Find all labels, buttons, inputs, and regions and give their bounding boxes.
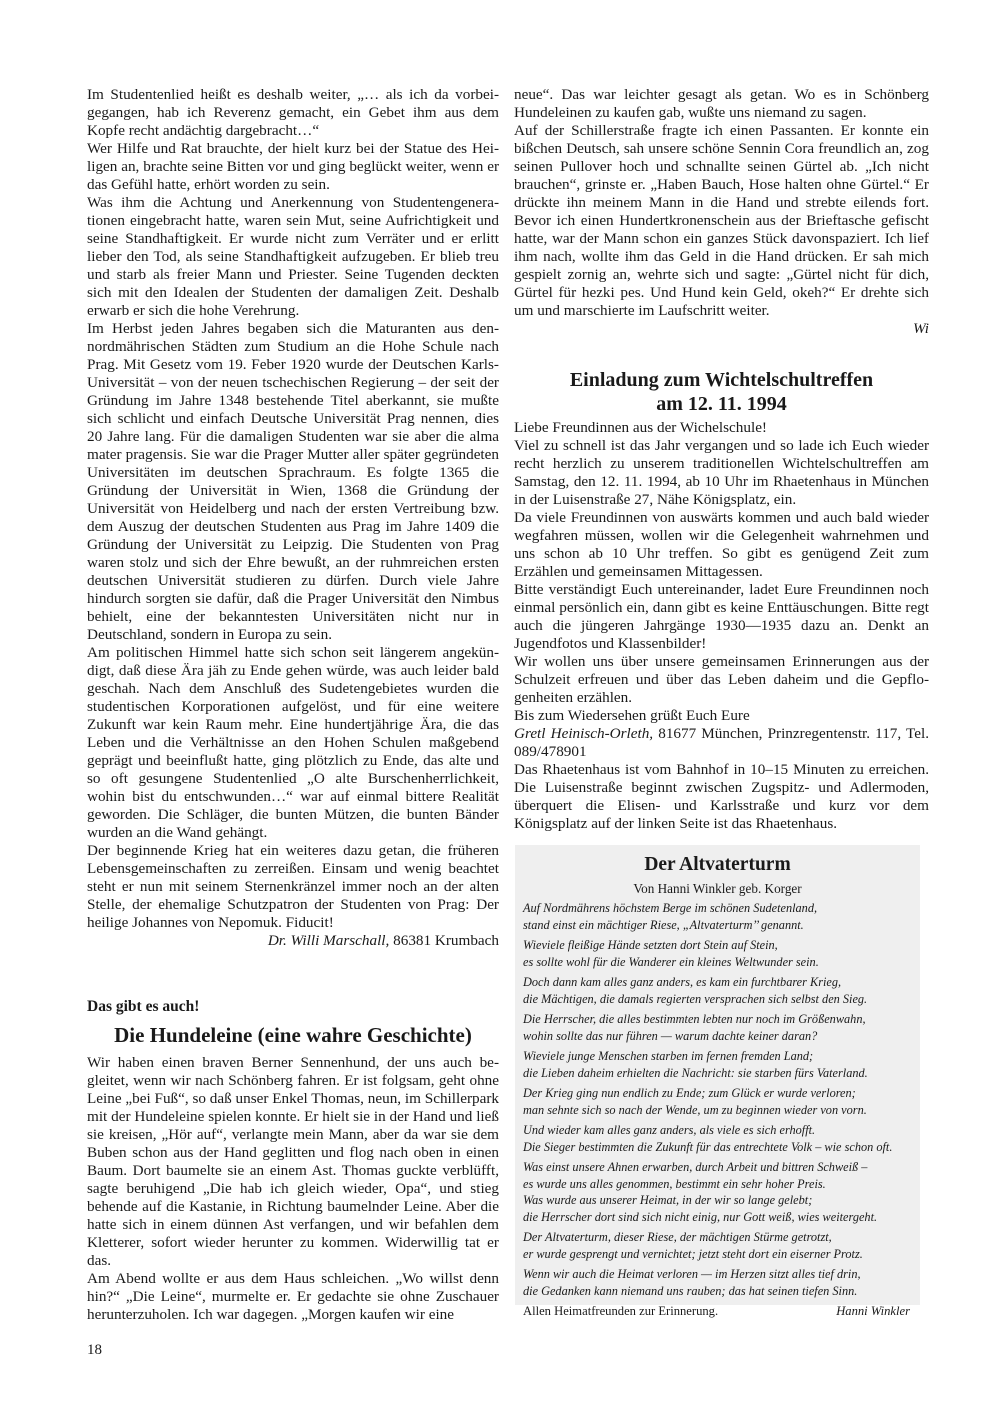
author-place: 86381 Krumbach (389, 932, 499, 949)
poem-line: wohin sollte das nur führen — warum dach… (523, 1028, 920, 1045)
poem-signature: Hanni Winkler (836, 1303, 910, 1320)
poem-line: Die Herrscher, die alles bestimmten lebt… (523, 1011, 920, 1028)
poem-line: die Lieben daheim erhielten die Nachrich… (523, 1065, 920, 1082)
paragraph: Da viele Freundinnen von auswärts kommen… (514, 509, 929, 581)
paragraph: Bitte verständigt Euch untereinander, la… (514, 581, 929, 653)
title-line-1: Einladung zum Wichtelschultreffen (514, 368, 929, 392)
sender: Gretl Heinisch-Orleth, 81677 München, Pr… (514, 725, 929, 761)
article-signature: Wi (514, 320, 929, 338)
poem-line: die Gedanken kann niemand uns rauben; da… (523, 1283, 920, 1300)
directions: Das Rhaetenhaus ist vom Bahnhof in 10–15… (514, 761, 929, 833)
poem-stanza: Der Altvaterturm, dieser Riese, der mäch… (523, 1229, 920, 1262)
poem-line: stand einst ein mächtiger Riese, „Altvat… (523, 917, 920, 934)
poem-line: Doch dann kam alles ganz anders, es kam … (523, 974, 920, 991)
poem-dedication: Allen Heimatfreunden zur Erinnerung. (523, 1303, 718, 1320)
poem-stanza: Und wieder kam alles ganz anders, als vi… (523, 1122, 920, 1155)
paragraph: Am Abend wollte er aus dem Haus schleich… (87, 1270, 499, 1324)
article-nepomuk: Im Studentenlied heißt es deshalb weiter… (87, 86, 499, 950)
poem-stanza: Wieviele fleißige Hände setzten dort Ste… (523, 937, 920, 970)
poem-stanza: Wenn wir auch die Heimat verloren — im H… (523, 1266, 920, 1299)
paragraph: neue“. Das war leichter gesagt als getan… (514, 86, 929, 122)
paragraph: Im Herbst jeden Jahres begaben sich die … (87, 320, 499, 644)
poem-line: Was einst unsere Ahnen erwarben, durch A… (523, 1159, 920, 1176)
paragraph: Auf der Schillerstraße fragte ich einen … (514, 122, 929, 320)
poem-stanza: Wieviele junge Menschen starben im ferne… (523, 1048, 920, 1081)
article-invitation: Einladung zum Wichtelschultreffen am 12.… (514, 368, 929, 833)
poem-line: Wenn wir auch die Heimat verloren — im H… (523, 1266, 920, 1283)
article-hundeleine-continued: neue“. Das war leichter gesagt als getan… (514, 86, 929, 338)
poem-line: Wieviele junge Menschen starben im ferne… (523, 1048, 920, 1065)
poem-line: Was wurde aus unserer Heimat, in der wir… (523, 1192, 920, 1209)
poem-line: es sollte wohl für die Wanderer ein klei… (523, 954, 920, 971)
sender-name: Gretl Heinisch-Orleth, (514, 725, 653, 742)
paragraph: Was ihm die Achtung und Anerkennung von … (87, 194, 499, 320)
paragraph: Wer Hilfe und Rat brauchte, der hielt ku… (87, 140, 499, 194)
poem-stanza: Der Krieg ging nun endlich zu Ende; zum … (523, 1085, 920, 1118)
poem-line: man sehnte sich so nach der Wende, um zu… (523, 1102, 920, 1119)
poem-line: Die Sieger bestimmten die Zukunft für da… (523, 1139, 920, 1156)
poem-line: die Herrscher dort sind sich nicht einig… (523, 1209, 920, 1226)
poem-stanza: Doch dann kam alles ganz anders, es kam … (523, 974, 920, 1007)
poem-line: Wieviele fleißige Hände setzten dort Ste… (523, 937, 920, 954)
poem-line: er wurde gesprengt und vernichtet; jetzt… (523, 1246, 920, 1263)
article-hundeleine: Das gibt es auch! Die Hundeleine (eine w… (87, 997, 499, 1324)
author-name: Dr. Willi Marschall, (268, 932, 390, 949)
poem-stanza: Die Herrscher, die alles bestimmten lebt… (523, 1011, 920, 1044)
page-number: 18 (87, 1342, 102, 1359)
closing: Bis zum Wiedersehen grüßt Euch Eure (514, 707, 929, 725)
poem-stanza: Was einst unsere Ahnen erwarben, durch A… (523, 1159, 920, 1225)
article-title: Die Hundeleine (eine wahre Geschichte) (87, 1022, 499, 1048)
poem-footer: Allen Heimatfreunden zur Erinnerung. Han… (523, 1303, 910, 1320)
poem-stanzas: Auf Nordmährens höchstem Berge im schöne… (515, 900, 920, 1299)
article-signature: Dr. Willi Marschall, 86381 Krumbach (87, 932, 499, 950)
poem-line: es wurde uns alles genommen, bestimmt ei… (523, 1176, 920, 1193)
paragraph: Im Studentenlied heißt es deshalb weiter… (87, 86, 499, 140)
poem-line: die Mächtigen, die damals regierten vers… (523, 991, 920, 1008)
article-kicker: Das gibt es auch! (87, 997, 499, 1017)
poem-stanza: Auf Nordmährens höchstem Berge im schöne… (523, 900, 920, 933)
poem-line: Der Krieg ging nun endlich zu Ende; zum … (523, 1085, 920, 1102)
poem-line: Und wieder kam alles ganz anders, als vi… (523, 1122, 920, 1139)
poem-line: Der Altvaterturm, dieser Riese, der mäch… (523, 1229, 920, 1246)
left-column: Im Studentenlied heißt es deshalb weiter… (87, 86, 499, 1324)
poem-box: Der Altvaterturm Von Hanni Winkler geb. … (515, 845, 920, 1305)
title-line-2: am 12. 11. 1994 (514, 392, 929, 416)
paragraph: Wir wollen uns über unsere gemeinsamen E… (514, 653, 929, 707)
poem-author: Von Hanni Winkler geb. Korger (515, 880, 920, 897)
poem-title: Der Altvaterturm (515, 853, 920, 877)
paragraph: Der beginnende Krieg hat ein weiteres da… (87, 842, 499, 932)
article-title: Einladung zum Wichtelschultreffen am 12.… (514, 368, 929, 416)
right-column: neue“. Das war leichter gesagt als getan… (514, 86, 929, 833)
paragraph: Am politischen Himmel hatte sich schon s… (87, 644, 499, 842)
poem-line: Auf Nordmährens höchstem Berge im schöne… (523, 900, 920, 917)
paragraph: Wir haben einen braven Berner Sennenhund… (87, 1054, 499, 1270)
author-initials: Wi (913, 320, 929, 337)
paragraph: Viel zu schnell ist das Jahr vergangen u… (514, 437, 929, 509)
greeting: Liebe Freundinnen aus der Wichelschule! (514, 419, 929, 437)
